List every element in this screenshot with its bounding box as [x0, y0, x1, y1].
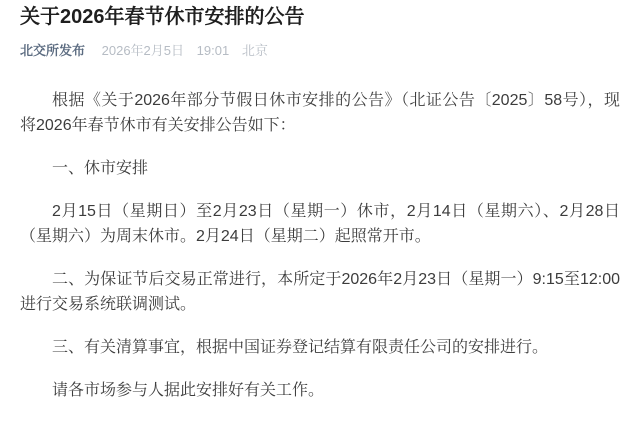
publish-time: 19:01 — [197, 43, 230, 58]
article-body: 根据《关于2026年部分节假日休市安排的公告》（北证公告〔2025〕58号），现… — [20, 88, 620, 403]
section-3-clearing: 三、有关清算事宜，根据中国证券登记结算有限责任公司的安排进行。 — [20, 335, 620, 360]
publish-location: 北京 — [242, 43, 268, 58]
paragraph-closure-dates: 2月15日（星期日）至2月23日（星期一）休市，2月14日（星期六）、2月28日… — [20, 199, 620, 249]
byline: 北交所发布 2026年2月5日 19:01 北京 — [20, 42, 620, 60]
paragraph-intro: 根据《关于2026年部分节假日休市安排的公告》（北证公告〔2025〕58号），现… — [20, 88, 620, 138]
section-heading-1: 一、休市安排 — [20, 156, 620, 181]
article-title: 关于2026年春节休市安排的公告 — [20, 4, 620, 30]
publish-date: 2026年2月5日 — [102, 43, 184, 58]
section-2-system-test: 二、为保证节后交易正常进行，本所定于2026年2月23日（星期一）9:15至12… — [20, 267, 620, 317]
paragraph-closing-note: 请各市场参与人据此安排好有关工作。 — [20, 378, 620, 403]
announcement-article: 关于2026年春节休市安排的公告 北交所发布 2026年2月5日 19:01 北… — [0, 0, 640, 403]
publisher-name: 北交所发布 — [20, 43, 85, 58]
